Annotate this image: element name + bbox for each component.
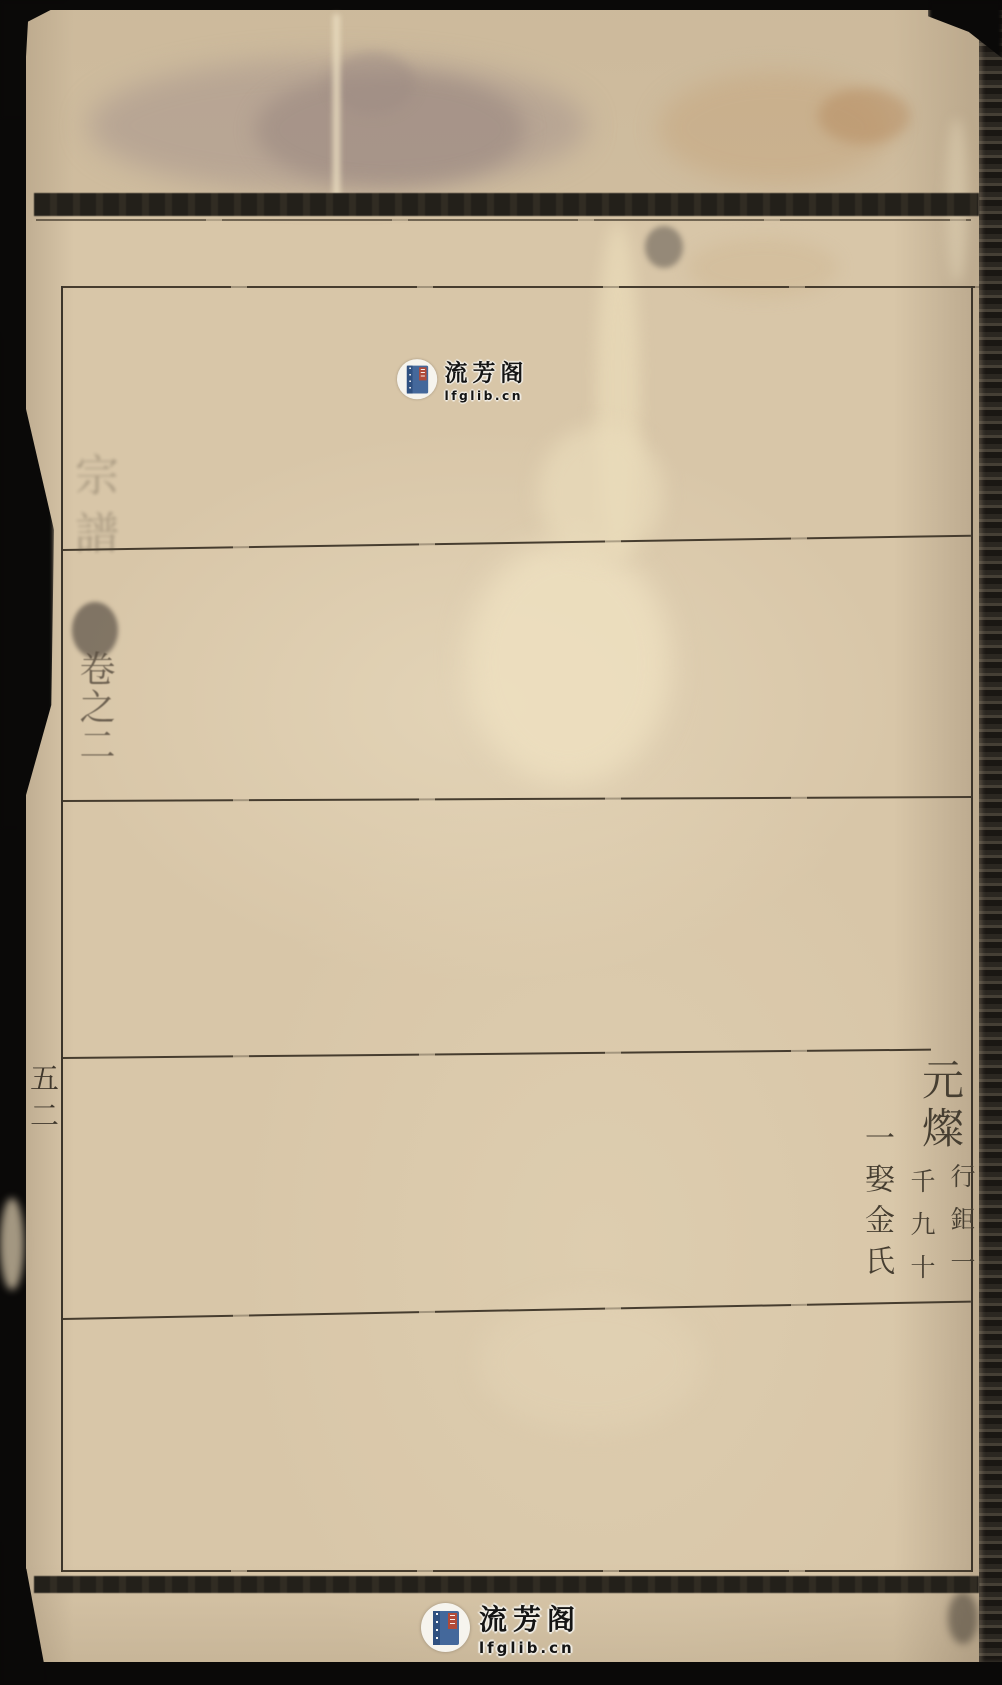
top-heavy-bar <box>34 193 979 216</box>
stain-brown-spot <box>818 88 910 144</box>
frame-bottom-border <box>61 1570 973 1572</box>
paper-sheet <box>26 10 979 1662</box>
scanned-page: 元燦 行鉅一 千九十 一娶金氏 宗譜 卷之二 五二 流芳阁 lfglib.cn … <box>0 0 1002 1685</box>
frame-left-border <box>61 286 63 1572</box>
left-margin-faded-title: 宗譜 <box>70 452 114 568</box>
top-thin-rule <box>36 219 971 221</box>
book-spine-stitches <box>433 1611 440 1645</box>
book-icon <box>406 365 427 393</box>
stain-under-bar <box>688 238 838 298</box>
left-margin-volume-label: 卷之二 <box>76 650 112 764</box>
water-blob-lower <box>478 1295 703 1430</box>
watermark-site-url: lfglib.cn <box>445 389 529 404</box>
water-blob <box>466 540 671 785</box>
entry-annotation-right-column: 行鉅一 <box>949 1163 974 1292</box>
frame-right-border <box>971 286 973 1572</box>
crease-line <box>333 14 340 214</box>
watermark-circle <box>397 359 437 399</box>
book-title-label <box>419 367 426 380</box>
page-number: 五二 <box>28 1063 57 1137</box>
dark-patch-bottom-right <box>948 1592 978 1644</box>
edge-notch-left <box>0 1198 24 1290</box>
entry-spouse-line: 一娶金氏 <box>861 1122 891 1286</box>
watermark-circle <box>421 1603 470 1652</box>
watermark-site-name: 流芳阁 <box>445 355 529 388</box>
frame-top-border <box>61 286 980 288</box>
smudge-dark <box>645 226 683 268</box>
entry-name: 元燦 <box>919 1058 961 1154</box>
bottom-heavy-bar <box>34 1576 979 1593</box>
page-stack-edge <box>979 10 1002 1662</box>
stain-gray-peak <box>330 52 415 114</box>
book-spine-stitches <box>406 365 412 393</box>
book-title-label <box>448 1613 457 1629</box>
entry-annotation-left-column: 千九十 <box>909 1168 934 1297</box>
watermark-site-name: 流芳阁 <box>479 1598 581 1638</box>
watermark-site-url: lfglib.cn <box>479 1639 581 1657</box>
watermark-badge-bottom: 流芳阁 lfglib.cn <box>421 1598 581 1657</box>
watermark-badge-top: 流芳阁 lfglib.cn <box>397 355 528 403</box>
book-icon <box>433 1611 459 1645</box>
